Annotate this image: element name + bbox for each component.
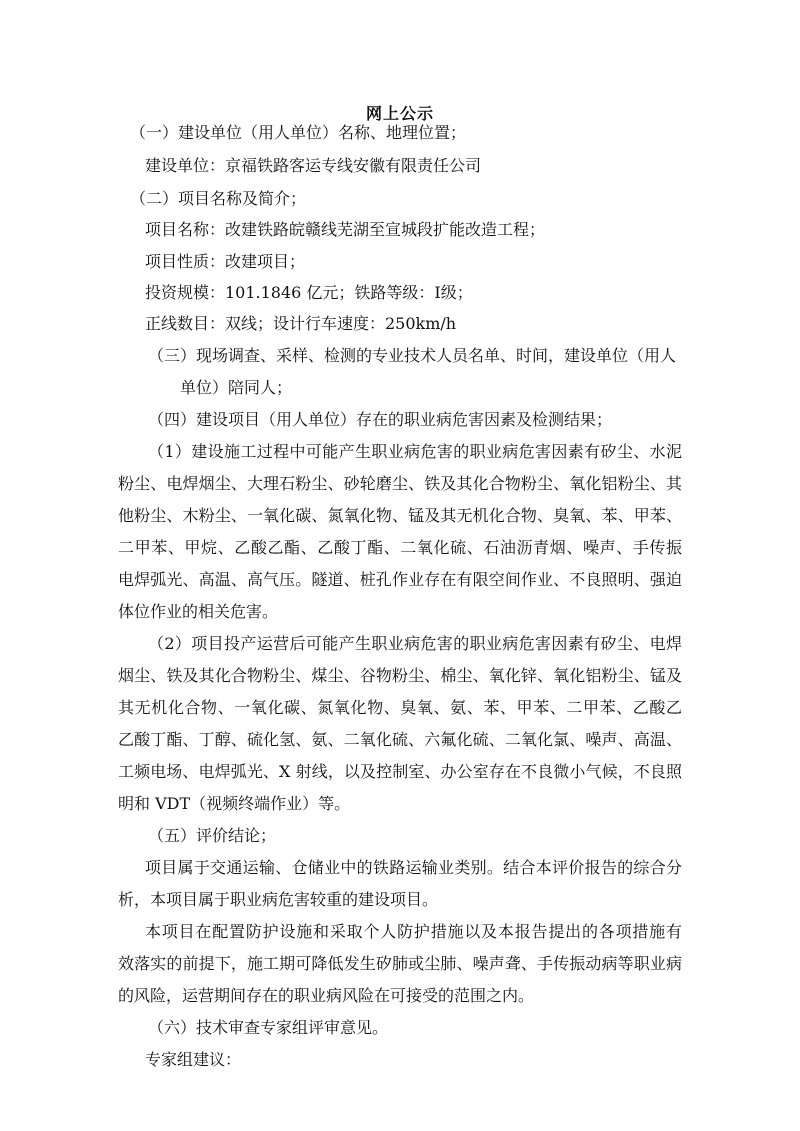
text-line: 明和 VDT（视频终端作业）等。 <box>118 794 350 814</box>
text-line: （五）评价结论； <box>148 826 276 846</box>
text-line: 工频电场、电焊弧光、X 射线，以及控制室、办公室存在不良微小气候，不良照 <box>118 762 682 782</box>
text-line: 正线数目：双线；设计行车速度：250km/h <box>145 314 456 334</box>
text-line: 项目性质：改建项目； <box>145 252 305 272</box>
text-line: 本项目在配置防护设施和采取个人防护措施以及本报告提出的各项措施有 <box>145 922 682 942</box>
text-line: 析，本项目属于职业病危害较重的建设项目。 <box>118 890 438 910</box>
text-line: 乙酸丁酯、丁醇、硫化氢、氨、二氧化硫、六氟化硫、二氧化氯、噪声、高温、 <box>118 730 682 750</box>
text-line: 专家组建议： <box>145 1050 241 1070</box>
text-line: 的风险，运营期间存在的职业病风险在可接受的范围之内。 <box>118 986 534 1006</box>
text-line: 项目名称：改建铁路皖赣线芜湖至宣城段扩能改造工程； <box>145 220 545 240</box>
text-line: 效落实的前提下，施工期可降低发生矽肺或尘肺、噪声聋、手传振动病等职业病 <box>118 954 682 974</box>
text-line: （四）建设项目（用人单位）存在的职业病危害因素及检测结果； <box>148 410 612 430</box>
text-line: （六）技术审查专家组评审意见。 <box>148 1018 388 1038</box>
text-line: （一）建设单位（用人单位）名称、地理位置； <box>130 123 466 143</box>
text-line: 项目属于交通运输、仓储业中的铁路运输业类别。结合本评价报告的综合分 <box>145 858 682 878</box>
text-line: 二甲苯、甲烷、乙酸乙酯、乙酸丁酯、二氧化硫、石油沥青烟、噪声、手传振动、 <box>118 538 682 558</box>
text-line: 体位作业的相关危害。 <box>118 602 278 622</box>
text-line: 他粉尘、木粉尘、一氧化碳、氮氧化物、锰及其无机化合物、臭氧、苯、甲苯、 <box>118 506 682 526</box>
text-line: （1）建设施工过程中可能产生职业病危害的职业病危害因素有矽尘、水泥 <box>148 442 682 462</box>
document-title: 网上公示 <box>0 101 800 124</box>
text-line: （2）项目投产运营后可能产生职业病危害的职业病危害因素有矽尘、电焊 <box>148 634 682 654</box>
text-line: 烟尘、铁及其化合物粉尘、煤尘、谷物粉尘、棉尘、氧化锌、氧化铝粉尘、锰及 <box>118 666 682 686</box>
text-line: 建设单位：京福铁路客运专线安徽有限责任公司 <box>145 156 481 176</box>
text-line: 单位）陪同人； <box>180 378 292 398</box>
document-page: 网上公示 （一）建设单位（用人单位）名称、地理位置；建设单位：京福铁路客运专线安… <box>0 0 800 1131</box>
text-line: 电焊弧光、高温、高气压。隧道、桩孔作业存在有限空间作业、不良照明、强迫 <box>118 570 682 590</box>
text-line: 粉尘、电焊烟尘、大理石粉尘、砂轮磨尘、铁及其化合物粉尘、氧化铝粉尘、其 <box>118 474 682 494</box>
text-line: 投资规模：101.1846 亿元；铁路等级：Ⅰ级； <box>145 283 473 303</box>
text-line: （二）项目名称及简介； <box>130 189 306 209</box>
text-line: （三）现场调查、采样、检测的专业技术人员名单、时间，建设单位（用人 <box>148 346 676 366</box>
text-line: 其无机化合物、一氧化碳、氮氧化物、臭氧、氨、苯、甲苯、二甲苯、乙酸乙酯、 <box>118 698 682 718</box>
